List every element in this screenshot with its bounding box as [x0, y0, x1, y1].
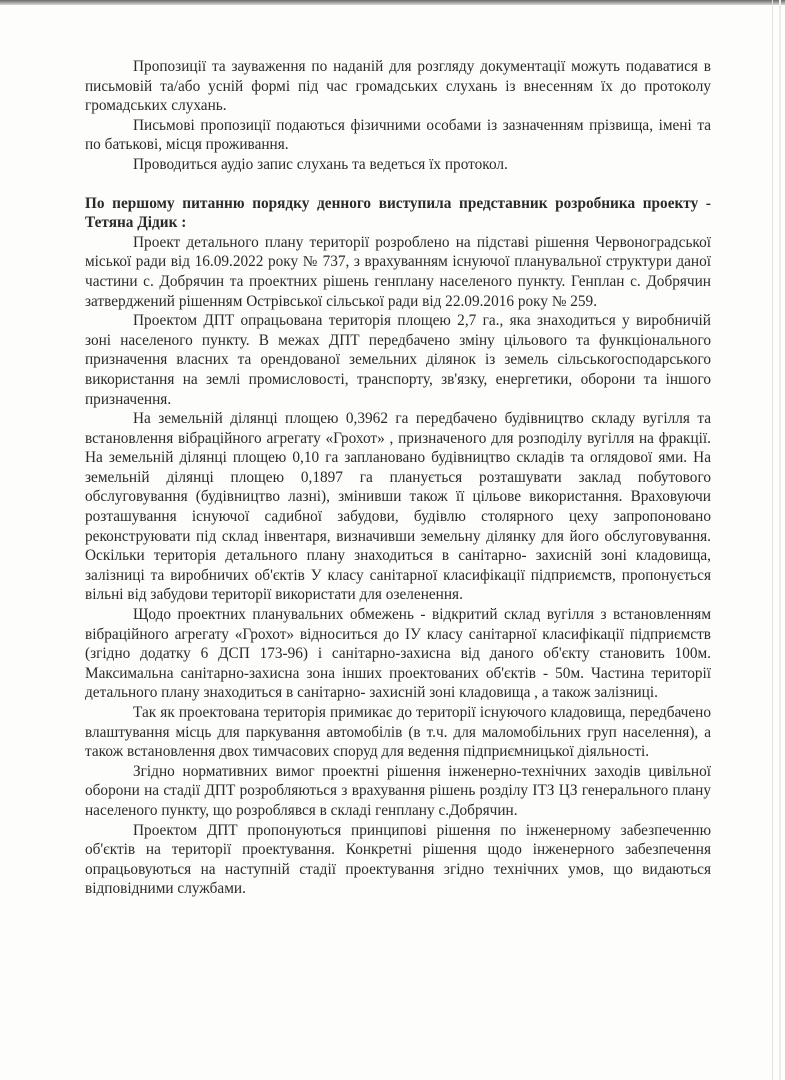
scan-edge-line — [772, 0, 773, 1080]
paragraph-proposals: Пропозиції та зауваження по наданій для … — [85, 57, 711, 116]
scan-edge-shadow — [779, 0, 781, 1080]
paragraph-restrictions: Щодо проектних планувальних обмежень - в… — [85, 605, 711, 703]
document-page: Пропозиції та зауваження по наданій для … — [85, 57, 711, 899]
paragraph-engineering: Проектом ДПТ пропонуються принципові ріш… — [85, 821, 711, 899]
scan-edge-top — [0, 0, 785, 5]
spacer — [85, 175, 711, 194]
section-heading: По першому питанню порядку денного висту… — [85, 194, 711, 233]
paragraph-audio-recording: Проводиться аудіо запис слухань та ведет… — [85, 155, 711, 175]
paragraph-parking: Так як проектована територія примикає до… — [85, 703, 711, 762]
paragraph-civil-defense: Згідно нормативних вимог проектні рішенн… — [85, 762, 711, 821]
paragraph-plan-basis: Проект детального плану території розроб… — [85, 233, 711, 311]
paragraph-territory: Проектом ДПТ опрацьована територія площе… — [85, 311, 711, 409]
paragraph-land-plots: На земельній ділянці площею 0,3962 га пе… — [85, 409, 711, 605]
paragraph-written-proposals: Письмові пропозиції подаються фізичними … — [85, 116, 711, 155]
